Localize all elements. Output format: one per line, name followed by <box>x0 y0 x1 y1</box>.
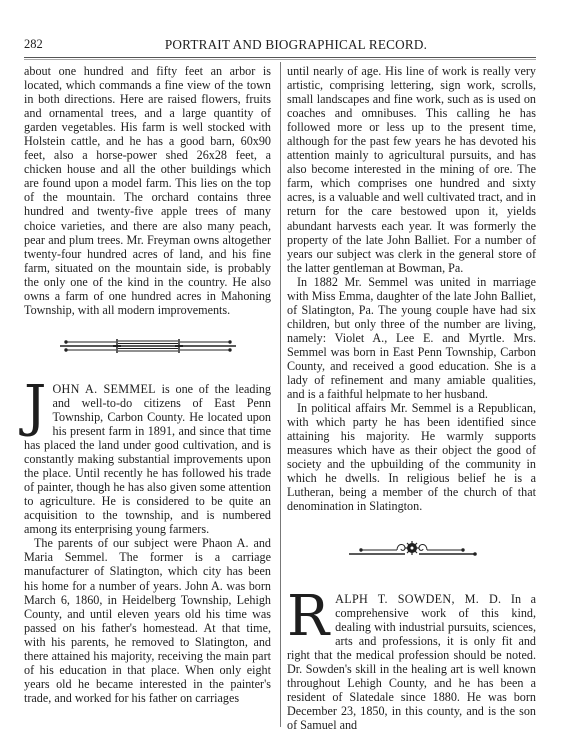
scroll-rosette-ornament-icon <box>347 540 477 558</box>
sowden-biography: RALPH T. SOWDEN, M. D. In a comprehensiv… <box>287 592 536 730</box>
drop-cap-r: R <box>287 594 329 640</box>
semmel-parents-paragraph: The parents of our subject were Phaon A.… <box>24 536 271 705</box>
header-rule-thin <box>24 59 536 60</box>
politics-paragraph: In political affairs Mr. Semmel is a Rep… <box>287 401 536 513</box>
semmel-continued-paragraph: until nearly of age. His line of work is… <box>287 64 536 275</box>
drop-cap-j: J <box>24 384 46 430</box>
decorative-rule-ornament-icon <box>58 338 238 354</box>
page-header: 282 PORTRAIT AND BIOGRAPHICAL RECORD. <box>24 37 538 53</box>
marriage-paragraph: In 1882 Mr. Semmel was united in marriag… <box>287 275 536 401</box>
right-column: until nearly of age. His line of work is… <box>287 64 536 730</box>
header-rule <box>24 57 536 58</box>
semmel-first-paragraph: is one of the leading and well-to-do cit… <box>24 382 271 536</box>
running-title: PORTRAIT AND BIOGRAPHICAL RECORD. <box>24 37 538 53</box>
sowden-name: ALPH T. SOWDEN, M. D. <box>335 592 501 606</box>
semmel-biography: JOHN A. SEMMEL is one of the leading and… <box>24 382 271 705</box>
left-column: about one hundred and fifty feet an arbo… <box>24 64 271 705</box>
column-divider <box>280 62 281 727</box>
semmel-name: OHN A. SEMMEL <box>52 382 155 396</box>
freyman-continued-paragraph: about one hundred and fifty feet an arbo… <box>24 64 271 317</box>
